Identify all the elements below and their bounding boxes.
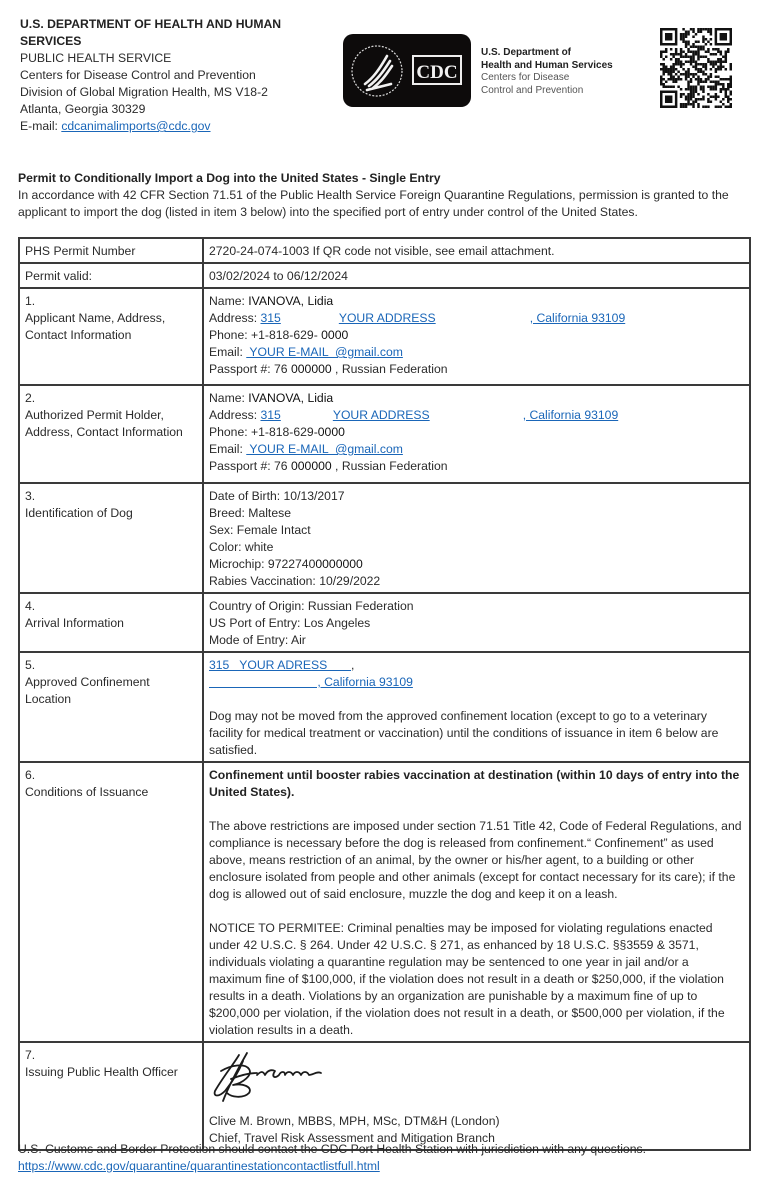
name-label: Name: <box>209 294 248 308</box>
passport-number: 000000 <box>291 362 332 376</box>
microchip-label: Microchip: 9722740 <box>209 557 315 571</box>
qr-code-icon <box>660 28 732 108</box>
dog-value-cell: Date of Birth: 10/13/2017 Breed: Maltese… <box>203 483 750 593</box>
applicant-phone-line: Phone: +1-818-629- 0000 <box>209 327 744 344</box>
applicant-passport-line: Passport #: 76 000000 , Russian Federati… <box>209 361 744 378</box>
arrival-value-cell: Country of Origin: Russian Federation US… <box>203 593 750 652</box>
holder-phone-line: Phone: +1-818-629-0000 <box>209 424 744 441</box>
service-name: PUBLIC HEALTH SERVICE <box>20 50 330 67</box>
passport-country: , Russian Federation <box>332 459 448 473</box>
applicant-address-link[interactable]: 315YOUR ADDRESS, California 93109 <box>260 311 625 325</box>
item-number: 2. <box>25 390 197 407</box>
phone-tail: 0000 <box>321 328 348 342</box>
logo-caption-line3: Centers for Disease <box>481 72 613 85</box>
applicant-name-line: Name: IVANOVA, Lidia <box>209 293 744 310</box>
phone-label: Phone: +1-818-629- <box>209 328 321 342</box>
item-number: 4. <box>25 598 197 615</box>
spacer <box>209 691 744 708</box>
table-row-officer: 7. Issuing Public Health Officer Clive M… <box>19 1042 750 1150</box>
passport-country: , Russian Federation <box>332 362 448 376</box>
dog-breed: Breed: Maltese <box>209 505 744 522</box>
name-label: Name: <box>209 391 248 405</box>
item-number: 6. <box>25 767 197 784</box>
arrival-label-cell: 4. Arrival Information <box>19 593 203 652</box>
address-number: 315 <box>260 311 280 325</box>
email-line: E-mail: cdcanimalimports@cdc.gov <box>20 118 330 135</box>
applicant-label: Applicant Name, Address, Contact Informa… <box>25 310 197 344</box>
table-row-permit-valid: Permit valid: 03/02/2024 to 06/12/2024 <box>19 263 750 288</box>
confinement-address-line1: 315 YOUR ADRESS , <box>209 657 744 674</box>
dog-label-cell: 3. Identification of Dog <box>19 483 203 593</box>
permit-table: PHS Permit Number 2720-24-074-1003 If QR… <box>18 237 751 1151</box>
notice-to-permitee-text: NOTICE TO PERMITEE: Criminal penalties m… <box>209 920 744 1039</box>
arrival-label: Arrival Information <box>25 615 197 632</box>
conditions-label-cell: 6. Conditions of Issuance <box>19 762 203 1042</box>
email-label: Email: <box>209 442 246 456</box>
logo-caption: U.S. Department of Health and Human Serv… <box>481 47 613 97</box>
phone-tail: 0000 <box>318 425 345 439</box>
dog-label: Identification of Dog <box>25 505 197 522</box>
conditions-restrictions-text: The above restrictions are imposed under… <box>209 818 744 903</box>
signature-icon <box>209 1051 349 1103</box>
permit-number-value: 2720-24-074-1003 If QR code not visible,… <box>203 238 750 263</box>
agency-name-line2: SERVICES <box>20 33 330 50</box>
officer-label-cell: 7. Issuing Public Health Officer <box>19 1042 203 1150</box>
confinement-note: Dog may not be moved from the approved c… <box>209 708 744 759</box>
confinement-label-cell: 5. Approved Confinement Location <box>19 652 203 762</box>
microchip-tail: 0000000 <box>315 557 362 571</box>
hhs-eagle-icon: CDC <box>343 34 471 107</box>
dog-rabies-vaccination: Rabies Vaccination: 10/29/2022 <box>209 573 744 590</box>
permit-valid-label: Permit valid: <box>19 263 203 288</box>
arrival-country: Country of Origin: Russian Federation <box>209 598 744 615</box>
logo-caption-line4: Control and Prevention <box>481 85 613 98</box>
table-row-applicant: 1. Applicant Name, Address, Contact Info… <box>19 288 750 385</box>
email-label: E-mail: <box>20 119 61 133</box>
address-state-zip: , California 93109 <box>530 311 626 325</box>
passport-label: Passport #: 76 <box>209 459 291 473</box>
confinement-address-link-2[interactable]: , California 93109 <box>209 675 413 689</box>
holder-label-cell: 2. Authorized Permit Holder, Address, Co… <box>19 385 203 483</box>
address-label: Address: <box>209 311 260 325</box>
footer-note: U.S. Customs and Border Protection shoul… <box>18 1141 646 1158</box>
confinement-label: Approved Confinement Location <box>25 674 197 708</box>
applicant-value-cell: Name: IVANOVA, Lidia Address: 315YOUR AD… <box>203 288 750 385</box>
dog-microchip: Microchip: 97227400000000 <box>209 556 744 573</box>
logo-caption-line1: U.S. Department of <box>481 47 613 60</box>
quarantine-station-link[interactable]: https://www.cdc.gov/quarantine/quarantin… <box>18 1158 646 1175</box>
confinement-address-link[interactable]: 315 YOUR ADRESS <box>209 658 351 672</box>
permit-number-label: PHS Permit Number <box>19 238 203 263</box>
cdc-badge-text: CDC <box>416 62 457 83</box>
spacer <box>209 903 744 920</box>
table-row-confinement: 5. Approved Confinement Location 315 YOU… <box>19 652 750 762</box>
dog-color: Color: white <box>209 539 744 556</box>
holder-address-line: Address: 315YOUR ADDRESS, California 931… <box>209 407 744 424</box>
applicant-label-cell: 1. Applicant Name, Address, Contact Info… <box>19 288 203 385</box>
conditions-value-cell: Confinement until booster rabies vaccina… <box>203 762 750 1042</box>
table-row-permit-holder: 2. Authorized Permit Holder, Address, Co… <box>19 385 750 483</box>
hhs-cdc-logo: CDC <box>343 34 471 107</box>
applicant-email-line: Email: YOUR E-MAIL @gmail.com <box>209 344 744 361</box>
holder-name: IVANOVA, Lidia <box>248 391 333 405</box>
passport-label: Passport #: 76 <box>209 362 291 376</box>
table-row-dog-identification: 3. Identification of Dog Date of Birth: … <box>19 483 750 593</box>
conditions-heading: Confinement until booster rabies vaccina… <box>209 767 744 801</box>
officer-value-cell: Clive M. Brown, MBBS, MPH, MSc, DTM&H (L… <box>203 1042 750 1150</box>
address-street: YOUR ADDRESS <box>333 408 430 422</box>
item-number: 5. <box>25 657 197 674</box>
holder-passport-line: Passport #: 76 000000 , Russian Federati… <box>209 458 744 475</box>
comma: , <box>351 658 354 672</box>
table-row-arrival: 4. Arrival Information Country of Origin… <box>19 593 750 652</box>
arrival-mode: Mode of Entry: Air <box>209 632 744 649</box>
holder-address-link[interactable]: 315YOUR ADDRESS, California 93109 <box>260 408 618 422</box>
permit-title: Permit to Conditionally Import a Dog int… <box>18 171 441 185</box>
address-number: 315 <box>260 408 280 422</box>
applicant-email-link[interactable]: YOUR E-MAIL @gmail.com <box>246 345 403 359</box>
officer-label: Issuing Public Health Officer <box>25 1064 197 1081</box>
holder-value-cell: Name: IVANOVA, Lidia Address: 315YOUR AD… <box>203 385 750 483</box>
address-state-zip: , California 93109 <box>523 408 619 422</box>
holder-name-line: Name: IVANOVA, Lidia <box>209 390 744 407</box>
passport-number: 000000 <box>291 459 332 473</box>
holder-email-line: Email: YOUR E-MAIL @gmail.com <box>209 441 744 458</box>
address-label: Address: <box>209 408 260 422</box>
city-line: Atlanta, Georgia 30329 <box>20 101 330 118</box>
item-number: 1. <box>25 293 197 310</box>
dog-dob: Date of Birth: 10/13/2017 <box>209 488 744 505</box>
email-label: Email: <box>209 345 246 359</box>
conditions-label: Conditions of Issuance <box>25 784 197 801</box>
arrival-port: US Port of Entry: Los Angeles <box>209 615 744 632</box>
table-row-permit-number: PHS Permit Number 2720-24-074-1003 If QR… <box>19 238 750 263</box>
holder-label: Authorized Permit Holder, Address, Conta… <box>25 407 197 441</box>
confinement-value-cell: 315 YOUR ADRESS , , California 93109 Dog… <box>203 652 750 762</box>
footer: U.S. Customs and Border Protection shoul… <box>18 1141 646 1175</box>
logo-caption-line2: Health and Human Services <box>481 60 613 73</box>
holder-email-link[interactable]: YOUR E-MAIL @gmail.com <box>246 442 403 456</box>
item-number: 7. <box>25 1047 197 1064</box>
agency-address-block: U.S. DEPARTMENT OF HEALTH AND HUMAN SERV… <box>20 16 330 135</box>
phone-label: Phone: +1-818-629- <box>209 425 318 439</box>
spacer <box>209 801 744 818</box>
confinement-address-line2: , California 93109 <box>209 674 744 691</box>
item-number: 3. <box>25 488 197 505</box>
officer-name: Clive M. Brown, MBBS, MPH, MSc, DTM&H (L… <box>209 1113 744 1130</box>
applicant-name: IVANOVA, Lidia <box>248 294 333 308</box>
agency-email-link[interactable]: cdcanimalimports@cdc.gov <box>61 119 210 133</box>
table-row-conditions: 6. Conditions of Issuance Confinement un… <box>19 762 750 1042</box>
center-name: Centers for Disease Control and Preventi… <box>20 67 330 84</box>
dog-sex: Sex: Female Intact <box>209 522 744 539</box>
address-street: YOUR ADDRESS <box>339 311 436 325</box>
agency-name-line1: U.S. DEPARTMENT OF HEALTH AND HUMAN <box>20 16 330 33</box>
division-name: Division of Global Migration Health, MS … <box>20 84 330 101</box>
permit-intro: In accordance with 42 CFR Section 71.51 … <box>18 187 754 221</box>
applicant-address-line: Address: 315YOUR ADDRESS, California 931… <box>209 310 744 327</box>
permit-valid-value: 03/02/2024 to 06/12/2024 <box>203 263 750 288</box>
